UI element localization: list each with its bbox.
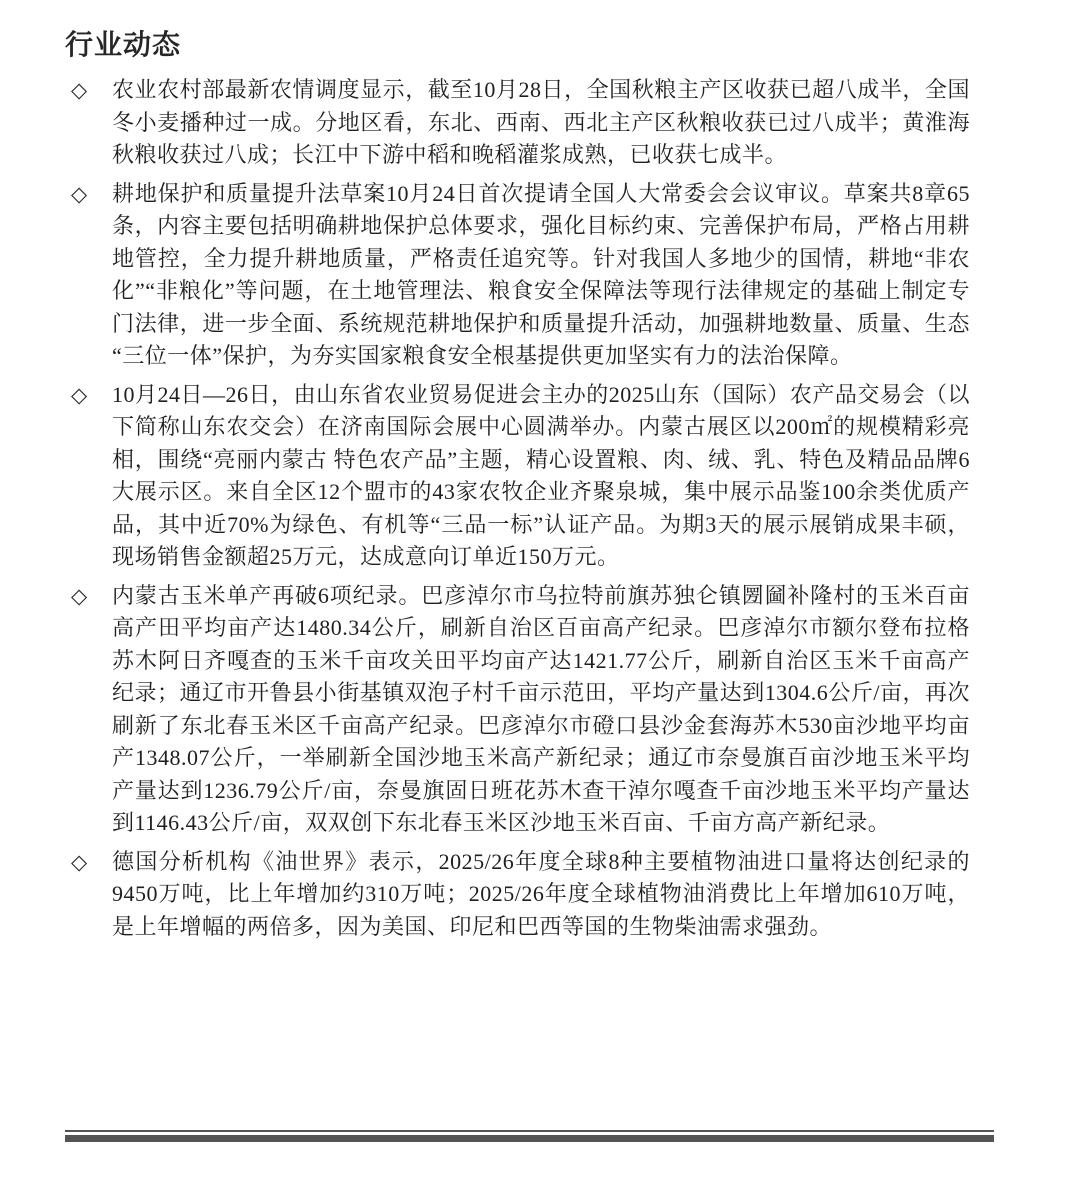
diamond-bullet-icon: ◇: [65, 74, 112, 107]
news-item-harvest-progress: ◇ 农业农村部最新农情调度显示，截至10月28日，全国秋粮主产区收获已超八成半，…: [65, 74, 970, 172]
news-list: ◇ 农业农村部最新农情调度显示，截至10月28日，全国秋粮主产区收获已超八成半，…: [65, 74, 970, 943]
news-item-oil-world-forecast: ◇ 德国分析机构《油世界》表示，2025/26年度全球8种主要植物油进口量将达创…: [65, 846, 970, 944]
footer-divider: [65, 1130, 994, 1142]
news-item-farmland-law: ◇ 耕地保护和质量提升法草案10月24日首次提请全国人大常委会会议审议。草案共8…: [65, 178, 970, 373]
news-item-text: 10月24日—26日，由山东省农业贸易促进会主办的2025山东（国际）农产品交易…: [112, 379, 970, 574]
news-item-shandong-expo: ◇ 10月24日—26日，由山东省农业贸易促进会主办的2025山东（国际）农产品…: [65, 379, 970, 574]
diamond-bullet-icon: ◇: [65, 846, 112, 879]
news-item-text: 内蒙古玉米单产再破6项纪录。巴彦淖尔市乌拉特前旗苏独仑镇圐圙补隆村的玉米百亩高产…: [112, 580, 970, 840]
news-item-text: 农业农村部最新农情调度显示，截至10月28日，全国秋粮主产区收获已超八成半，全国…: [112, 74, 970, 172]
diamond-bullet-icon: ◇: [65, 580, 112, 613]
diamond-bullet-icon: ◇: [65, 178, 112, 211]
news-item-text: 德国分析机构《油世界》表示，2025/26年度全球8种主要植物油进口量将达创纪录…: [112, 846, 970, 944]
diamond-bullet-icon: ◇: [65, 379, 112, 412]
section-title: 行业动态: [65, 28, 994, 62]
news-item-text: 耕地保护和质量提升法草案10月24日首次提请全国人大常委会会议审议。草案共8章6…: [112, 178, 970, 373]
news-item-corn-yield-records: ◇ 内蒙古玉米单产再破6项纪录。巴彦淖尔市乌拉特前旗苏独仑镇圐圙补隆村的玉米百亩…: [65, 580, 970, 840]
document-page: 行业动态 ◇ 农业农村部最新农情调度显示，截至10月28日，全国秋粮主产区收获已…: [0, 0, 1074, 1192]
